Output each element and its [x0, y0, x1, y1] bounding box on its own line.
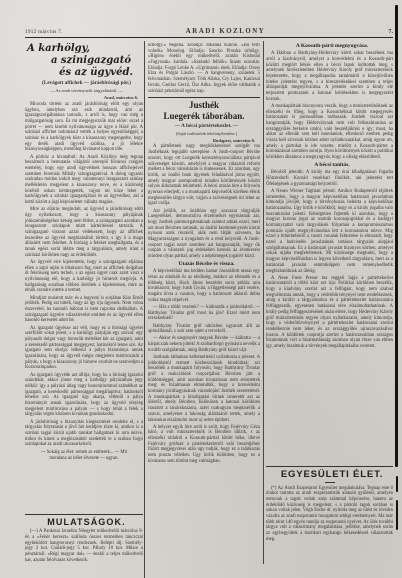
issue-date: 1912 március 7.: [25, 29, 63, 35]
article-subtitle: — A bécsi pártértekezlet. —: [148, 123, 260, 129]
column-divider-rule: [263, 41, 264, 564]
article-title-line: és az ügyvéd.: [25, 67, 143, 79]
article-title-line: a szinigazgató: [25, 55, 143, 67]
article-paragraph: A helyzet egyik hire arról is szólt, hog…: [148, 425, 260, 465]
masthead: ARADI KÖZLÖNY: [186, 28, 266, 35]
article-paragraph: A képviselőház ma kedden hamar összeállo…: [148, 269, 260, 303]
article-paragraph: Az ügyvéd erre kijelentette, hogy a szin…: [25, 260, 143, 294]
section-divider: [266, 466, 393, 467]
newspaper-page: { "colors": { "paper": "#d7d5d0", "ink":…: [0, 0, 402, 578]
news-paragraph: A munkapártiak bizonyosra veszik, hogy a…: [266, 104, 393, 161]
article-paragraph: — Hát a többi vezérek? — kiáltozták a jo…: [148, 305, 260, 322]
article-paragraph: Az igazgató ügyésze azt véli, hogy ez a …: [25, 326, 143, 372]
article-title: Justhék Luegerék táborában.: [148, 100, 260, 122]
scan-edge-artifact: [396, 476, 398, 492]
page-number: 7.: [388, 28, 393, 35]
column-left: A karhölgy, a szinigazgató és az ügyvéd.…: [25, 43, 143, 578]
article-dateline: Budapest, márczius 6.: [148, 138, 260, 143]
program-continuation: úrhölgy.« Negélia. Előadja: Johanna Kinc…: [148, 43, 260, 94]
article-title-line: A karhölgy,: [25, 43, 143, 55]
article-paragraph: Mire az eljárás megindult, az ügyvéd a j…: [25, 207, 143, 258]
article-paragraph: Mindjárt mulatott már: és a legyezni is …: [25, 296, 143, 324]
club-life-section-title: EGYESÜLETI ÉLET.: [266, 469, 393, 481]
news-heading: A bécsi tanitás.: [266, 162, 393, 169]
article-title-line: Justhék: [148, 100, 260, 111]
news-sections: A Kossuth-párti megnyugvása. A Házban a …: [266, 43, 393, 463]
section-divider: [148, 97, 260, 98]
news-heading: A Kossuth-párti megnyugvása.: [266, 43, 393, 50]
article-paragraph: Az igazgató ügyvéde azt állitja, hogy ha…: [25, 373, 143, 419]
scan-edge-artifact: [395, 5, 398, 467]
article-left: A karhölgy, a szinigazgató és az ügyvéd.…: [25, 43, 143, 511]
news-paragraph: A Neues Wiener Tagblatt jelenti: Amikor …: [266, 189, 393, 274]
article-subheading: Utazás Bécsbe és vissza.: [148, 261, 260, 268]
news-paragraph: A Házban a Batthyány-Héderváry kiérti so…: [266, 51, 393, 102]
decorative-dash: [325, 482, 335, 483]
article-note: — Az aradi törvényszék tárgyalásáról. —: [25, 88, 143, 93]
column-middle: úrhölgy.« Negélia. Előadja: Johanna Kinc…: [148, 43, 260, 564]
article-paragraph: A pörhöz a hivatalból: Az Aradi Közlöny …: [25, 155, 143, 206]
article-paragraph: Justhnak láthatóan kellemetlenül nyilatk…: [148, 355, 260, 423]
events-paragraph: (—) A Pankotai Izraelita Nőegylet műkedv…: [25, 529, 143, 563]
news-paragraph: Bécsből jelentik: A király ma egy órai k…: [266, 170, 393, 187]
column-divider-rule: [144, 41, 145, 578]
events-section-title: MULATSÁGOK.: [25, 517, 143, 528]
article-note: (Saját tudósitónk telefonjelentése.): [148, 131, 260, 136]
article-subtitle: (Levágott affichek — járásbirósági pör.): [25, 80, 143, 86]
section-divider: [25, 514, 143, 515]
article-paragraph: Micsoda történt az aradi járásbiróság el…: [25, 102, 143, 153]
page-header: 1912 március 7. ARADI KÖZLÖNY 7.: [25, 28, 393, 38]
scan-edge-artifact: [396, 500, 398, 530]
article-paragraph: A pártéletnek nagy meghökkenéssel szolgá…: [148, 144, 260, 207]
news-paragraph: A Neue Freie Presse ma reggeli lapja a p…: [266, 276, 393, 350]
article-paragraph: Batthyány Tivadar gróf utközben ugyanott…: [148, 324, 260, 335]
closing-line: mondana az itélet élvezete — ugyan.: [25, 456, 143, 462]
article-title: A karhölgy, a szinigazgató és az ügyvéd.: [25, 43, 143, 78]
club-life-paragraph: (*) Az Aradi Eszperantó Egyesület megala…: [266, 486, 393, 543]
column-right: A Kossuth-párti megnyugvása. A Házban a …: [266, 43, 393, 560]
closing-line: — Sokáig az élet: remek az emberek... — …: [25, 450, 143, 456]
article-paragraph: — Akkor és szegényért megyek Bécsbe — ki…: [148, 336, 260, 353]
article-title-line: Luegerék táborában.: [148, 111, 260, 122]
article-dateline: Arad, márczius 6.: [25, 95, 143, 100]
article-paragraph: A járásbiróság a bizonyitás kiegészitésé…: [25, 420, 143, 448]
article-paragraph: Azt jelölik, az önállóan egy szavazat tá…: [148, 209, 260, 260]
